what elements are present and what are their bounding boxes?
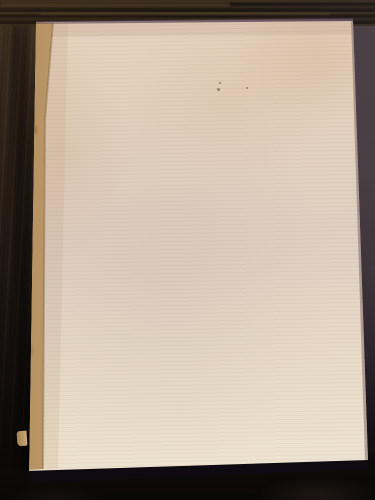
page-speck bbox=[217, 88, 220, 91]
book bbox=[0, 0, 375, 500]
page-speck bbox=[246, 87, 248, 89]
page-speck bbox=[219, 82, 221, 84]
wood-grain-streak bbox=[0, 3, 230, 6]
wood-grain-streak bbox=[40, 13, 330, 15]
spine-notch bbox=[16, 431, 27, 447]
photo-book-on-table bbox=[0, 0, 375, 500]
